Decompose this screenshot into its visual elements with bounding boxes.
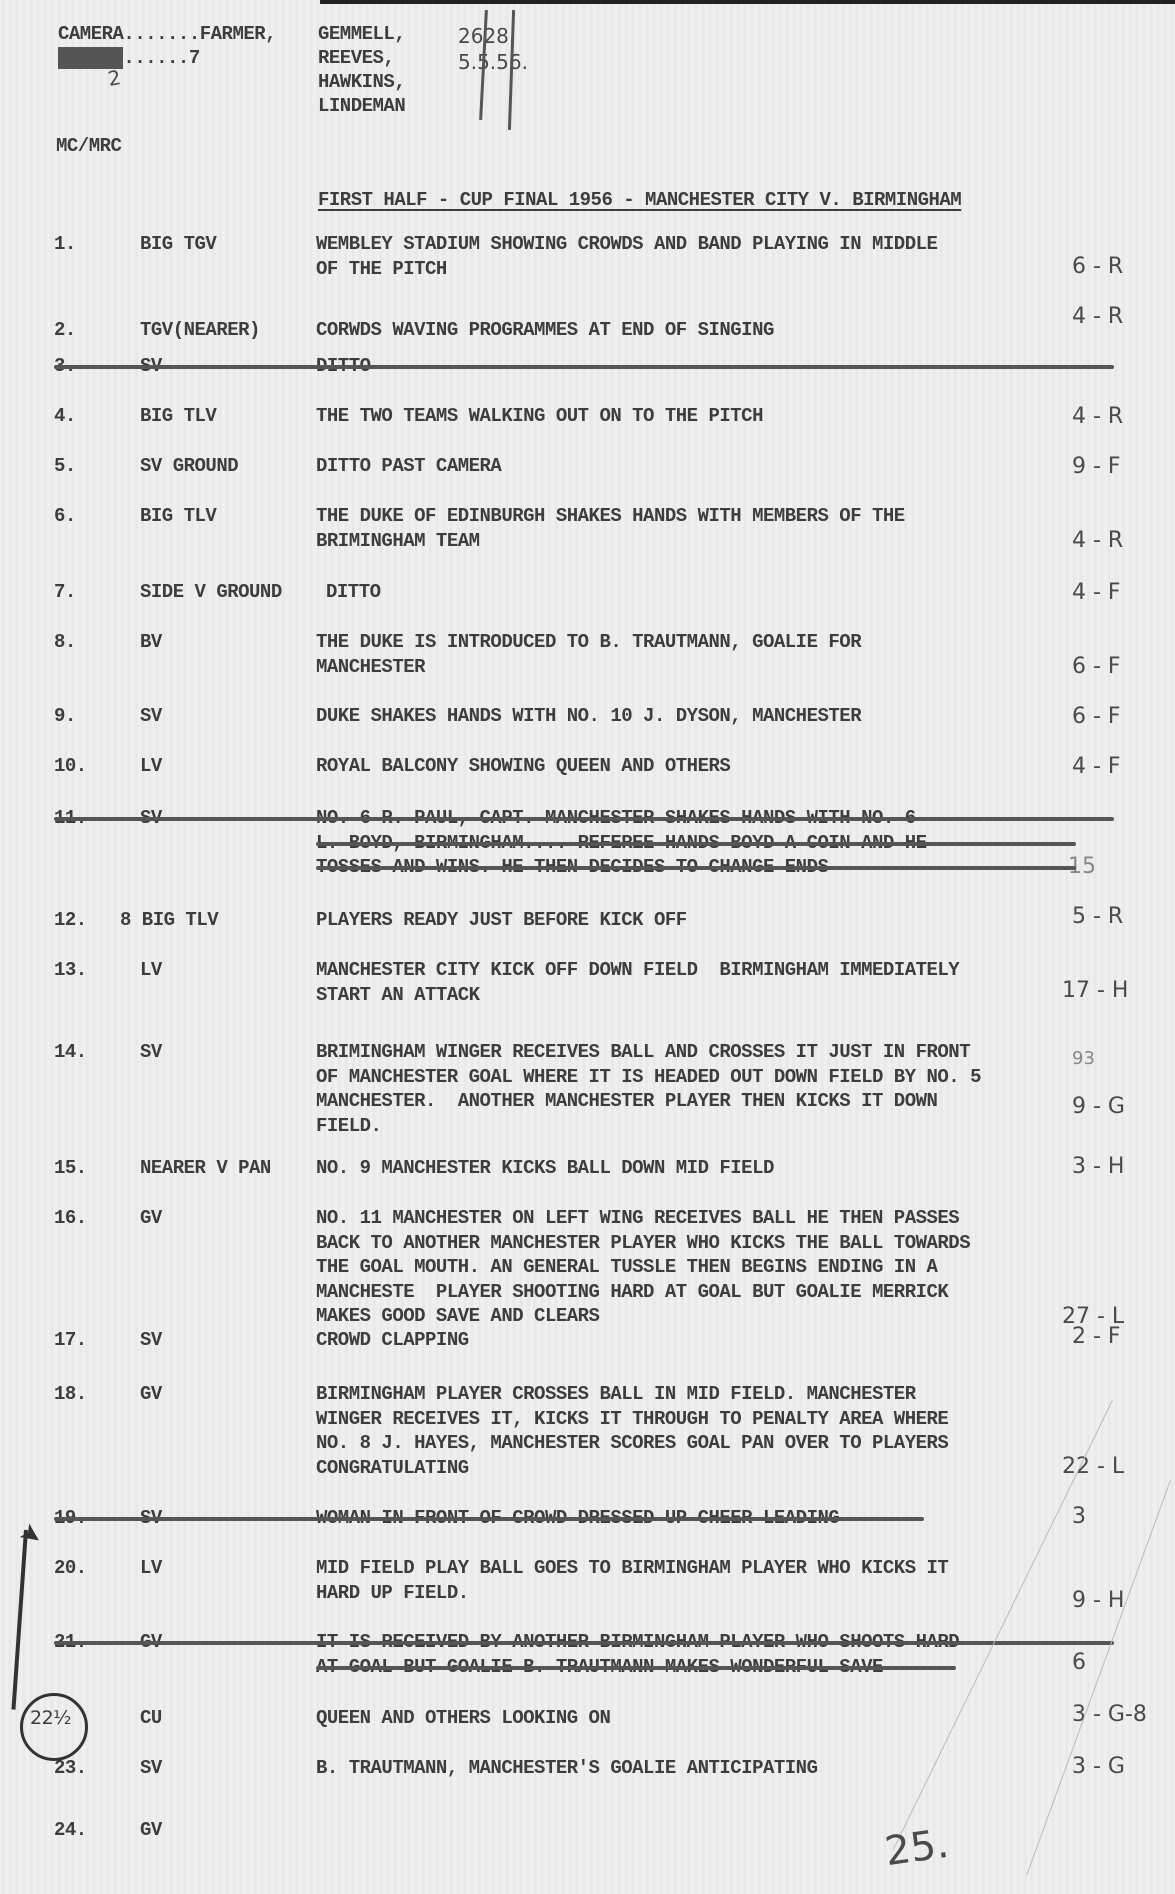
shot-number: 4. bbox=[54, 404, 76, 429]
shot-number: 9. bbox=[54, 704, 76, 729]
shot-number: 17. bbox=[54, 1328, 87, 1353]
shot-type: NEARER V PAN bbox=[140, 1156, 271, 1181]
shot-description-line: WEMBLEY STADIUM SHOWING CROWDS AND BAND … bbox=[316, 232, 937, 257]
strikethrough bbox=[54, 365, 1114, 369]
strikethrough bbox=[316, 1666, 956, 1670]
shot-description-line: DUKE SHAKES HANDS WITH NO. 10 J. DYSON, … bbox=[316, 704, 861, 729]
shot-number: 6. bbox=[54, 504, 76, 529]
paper-crease bbox=[893, 1400, 1113, 1850]
shot-description-line: NO. 8 J. HAYES, MANCHESTER SCORES GOAL P… bbox=[316, 1431, 948, 1456]
shot-type: GV bbox=[140, 1818, 162, 1843]
shot-type: SV bbox=[140, 704, 162, 729]
title-label: TITLE.......7 bbox=[58, 46, 200, 71]
shot-type: SV bbox=[140, 1328, 162, 1353]
shot-length: 3 bbox=[1072, 1504, 1086, 1529]
shot-type: 8 BIG TLV bbox=[120, 908, 218, 933]
shot-type: LV bbox=[140, 1556, 162, 1581]
shot-description-line: MANCHESTE PLAYER SHOOTING HARD AT GOAL B… bbox=[316, 1280, 948, 1305]
shot-length: 3 - H bbox=[1072, 1154, 1124, 1179]
shot-description-line: THE TWO TEAMS WALKING OUT ON TO THE PITC… bbox=[316, 404, 763, 429]
strikethrough bbox=[54, 1641, 1114, 1645]
shot-length: 3 - G-8 bbox=[1072, 1702, 1147, 1727]
paper-crease bbox=[1026, 1480, 1171, 1875]
shot-length: 6 - F bbox=[1072, 654, 1121, 679]
shot-description-line: WINGER RECEIVES IT, KICKS IT THROUGH TO … bbox=[316, 1407, 948, 1432]
shot-description-line: OF THE PITCH bbox=[316, 257, 447, 282]
shot-description-line: ROYAL BALCONY SHOWING QUEEN AND OTHERS bbox=[316, 754, 730, 779]
shot-description-line: OF MANCHESTER GOAL WHERE IT IS HEADED OU… bbox=[316, 1065, 981, 1090]
shot-description-line: QUEEN AND OTHERS LOOKING ON bbox=[316, 1706, 610, 1731]
shot-number: 1. bbox=[54, 232, 76, 257]
shot-type: CU bbox=[140, 1706, 162, 1731]
shot-description-line: MANCHESTER. ANOTHER MANCHESTER PLAYER TH… bbox=[316, 1089, 937, 1114]
crew-2: REEVES, bbox=[318, 46, 394, 71]
shot-number: 12. bbox=[54, 908, 87, 933]
shot-number: 20. bbox=[54, 1556, 87, 1581]
shot-number: 8. bbox=[54, 630, 76, 655]
shot-length: 6 - R bbox=[1072, 254, 1123, 279]
shot-length: 6 - F bbox=[1072, 704, 1121, 729]
strikethrough bbox=[316, 842, 1076, 846]
shot-type: SV bbox=[140, 1040, 162, 1065]
shot-description-line: THE DUKE IS INTRODUCED TO B. TRAUTMANN, … bbox=[316, 630, 861, 655]
shot-description-line: NO. 9 MANCHESTER KICKS BALL DOWN MID FIE… bbox=[316, 1156, 774, 1181]
document-title: FIRST HALF - CUP FINAL 1956 - MANCHESTER… bbox=[318, 188, 961, 213]
shot-number: 16. bbox=[54, 1206, 87, 1231]
crew-3: HAWKINS, bbox=[318, 70, 405, 95]
shot-description-line: DITTO PAST CAMERA bbox=[316, 454, 501, 479]
shot-type: SV GROUND bbox=[140, 454, 238, 479]
shot-description-line: MANCHESTER CITY KICK OFF DOWN FIELD BIRM… bbox=[316, 958, 959, 983]
shot-length: 2 - F bbox=[1072, 1324, 1121, 1349]
shot-number: 5. bbox=[54, 454, 76, 479]
shot-length: 4 - R bbox=[1072, 304, 1123, 329]
shot-length: 3 - G bbox=[1072, 1754, 1125, 1779]
shot-type: TGV(NEARER) bbox=[140, 318, 260, 343]
page-number: 25. bbox=[882, 1821, 951, 1875]
shot-length: 5 - R bbox=[1072, 904, 1123, 929]
shot-type: LV bbox=[140, 958, 162, 983]
shot-type: BV bbox=[140, 630, 162, 655]
shot-description-line: BRIMINGHAM TEAM bbox=[316, 529, 480, 554]
shot-number: 2. bbox=[54, 318, 76, 343]
shot-number: 15. bbox=[54, 1156, 87, 1181]
date: 5.5.56. bbox=[458, 50, 528, 74]
shot-number: 10. bbox=[54, 754, 87, 779]
shot-description-line: CROWD CLAPPING bbox=[316, 1328, 469, 1353]
shot-description-line: START AN ATTACK bbox=[316, 983, 480, 1008]
crew-1: GEMMELL, bbox=[318, 22, 405, 47]
shot-description-line: CONGRATULATING bbox=[316, 1456, 469, 1481]
shot-description-line: DITTO bbox=[326, 580, 381, 605]
shot-length: 4 - F bbox=[1072, 754, 1121, 779]
scan-edge bbox=[320, 0, 1175, 4]
shot-type: GV bbox=[140, 1206, 162, 1231]
shot-length: 4 - R bbox=[1072, 528, 1123, 553]
strikethrough bbox=[54, 817, 1114, 821]
shot-number: 13. bbox=[54, 958, 87, 983]
initials: MC/MRC bbox=[56, 134, 121, 159]
shot-type: LV bbox=[140, 754, 162, 779]
camera-label: CAMERA.......FARMER, bbox=[58, 22, 276, 47]
margin-note: 93 bbox=[1072, 1048, 1095, 1069]
circle-mark bbox=[20, 1693, 88, 1761]
shot-description-line: MID FIELD PLAY BALL GOES TO BIRMINGHAM P… bbox=[316, 1556, 948, 1581]
shot-length: 9 - H bbox=[1072, 1588, 1124, 1613]
shot-description-line: CORWDS WAVING PROGRAMMES AT END OF SINGI… bbox=[316, 318, 774, 343]
shot-description-line: HARD UP FIELD. bbox=[316, 1581, 469, 1606]
shot-length: 4 - F bbox=[1072, 580, 1121, 605]
shot-number: 24. bbox=[54, 1818, 87, 1843]
shot-length: 9 - F bbox=[1072, 454, 1121, 479]
shot-number: 7. bbox=[54, 580, 76, 605]
shot-length: 6 bbox=[1072, 1650, 1086, 1675]
shot-description-line: THE DUKE OF EDINBURGH SHAKES HANDS WITH … bbox=[316, 504, 905, 529]
shot-length: 17 - H bbox=[1062, 978, 1128, 1003]
shot-number: 14. bbox=[54, 1040, 87, 1065]
shot-type: GV bbox=[140, 1382, 162, 1407]
shot-length: 9 - G bbox=[1072, 1094, 1125, 1119]
shot-type: BIG TLV bbox=[140, 404, 216, 429]
shot-description-line: FIELD. bbox=[316, 1114, 381, 1139]
shot-description-line: BRIMINGHAM WINGER RECEIVES BALL AND CROS… bbox=[316, 1040, 970, 1065]
shot-length: 22 - L bbox=[1062, 1454, 1124, 1479]
shot-type: SIDE V GROUND bbox=[140, 580, 282, 605]
shot-description-line: MAKES GOOD SAVE AND CLEARS bbox=[316, 1304, 599, 1329]
shot-description-line: BACK TO ANOTHER MANCHESTER PLAYER WHO KI… bbox=[316, 1231, 970, 1256]
shot-description-line: B. TRAUTMANN, MANCHESTER'S GOALIE ANTICI… bbox=[316, 1756, 818, 1781]
shot-description-line: PLAYERS READY JUST BEFORE KICK OFF bbox=[316, 908, 687, 933]
crew-4: LINDEMAN bbox=[318, 94, 405, 119]
shot-type: BIG TLV bbox=[140, 504, 216, 529]
strikethrough bbox=[316, 866, 1076, 870]
shot-description-line: BIRMINGHAM PLAYER CROSSES BALL IN MID FI… bbox=[316, 1382, 916, 1407]
shot-number: 18. bbox=[54, 1382, 87, 1407]
strikethrough bbox=[54, 1517, 924, 1521]
shot-type: BIG TGV bbox=[140, 232, 216, 257]
shot-description-line: MANCHESTER bbox=[316, 655, 425, 680]
shot-type: SV bbox=[140, 1756, 162, 1781]
shot-description-line: NO. 11 MANCHESTER ON LEFT WING RECEIVES … bbox=[316, 1206, 959, 1231]
arrow-line bbox=[11, 1530, 28, 1710]
shot-description-line: THE GOAL MOUTH. AN GENERAL TUSSLE THEN B… bbox=[316, 1255, 937, 1280]
arrow-up-icon: ➤ bbox=[13, 1516, 48, 1553]
shot-length: 4 - R bbox=[1072, 404, 1123, 429]
